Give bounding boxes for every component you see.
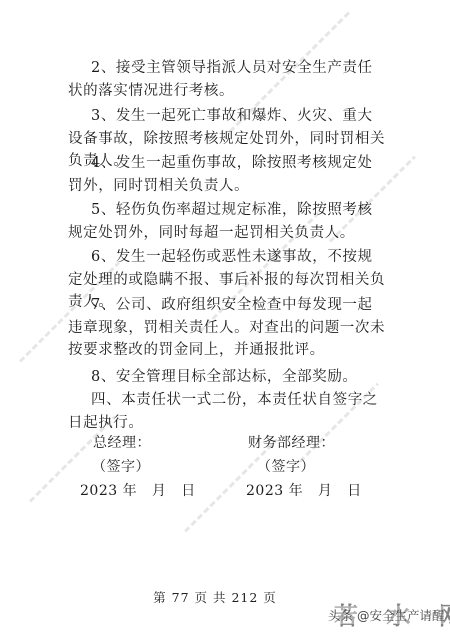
clause-4: 4、发生一起重伤事故，除按照考核规定处罚外，同时罚相关负责人。 [68,152,386,197]
clause-7: 7、公司、政府组织安全检查中每发现一起违章现象，罚相关责任人。对查出的问题一次未… [68,294,386,362]
general-manager-label: 总经理： [93,431,151,455]
date-line: 2023 年 月 日 [80,479,196,503]
clause-5: 5、轻伤负伤率超过规定标准，除按照考核规定处罚外，同时每超一起罚相关负责人。 [68,199,386,244]
watermark-logo: 若 水 网 头条 @安全生产请醒 [328,596,446,634]
signature-placeholder: （签字） [92,455,150,479]
clause-8: 8、安全管理目标全部达标，全部奖励。 [68,366,386,389]
clause-2: 2、接受主管领导指派人员对安全生产责任状的落实情况进行考核。 [68,57,386,102]
signature-placeholder: （签字） [257,455,315,479]
finance-manager-label: 财务部经理： [248,431,335,455]
date-line: 2023 年 月 日 [246,479,362,503]
section-4-execution: 四、本责任状一式二份，本责任状自签字之日起执行。 [68,389,386,434]
source-credit: 头条 @安全生产请醒 [328,606,444,624]
document-page: 2、接受主管领导指派人员对安全生产责任状的落实情况进行考核。 3、发生一起死亡事… [0,0,450,636]
